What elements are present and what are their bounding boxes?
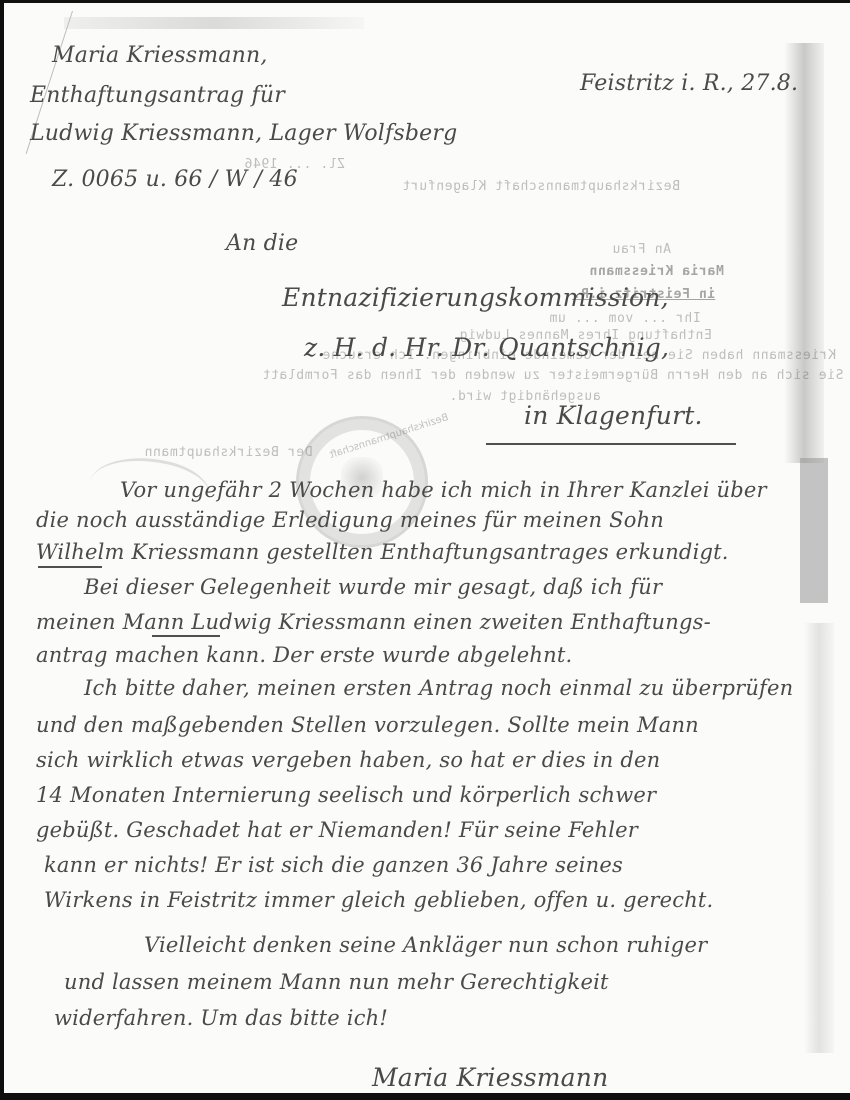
typed-sender: Bezirkshauptmannschaft Klagenfurt [402,179,680,194]
underline-wilhelm [38,566,102,568]
body-line: Wilhelm Kriessmann gestellten Enthaftung… [36,540,729,564]
body-line: 14 Monaten Internierung seelisch und kör… [36,783,656,807]
typed-body-line: Sie sich an den Herrn Bürgermeister zu w… [262,368,843,383]
typed-body-line: Ihr ... vom ... um [549,311,701,326]
body-line: und den maßgebenden Stellen vorzulegen. … [36,713,699,737]
body-line: Vor ungefähr 2 Wochen habe ich mich in I… [120,478,767,502]
place-date: Feistritz i. R., 27.8. [580,71,798,96]
typed-recipient-name: Maria Kriessmann [589,264,724,279]
sender-name: Maria Kriessmann, [52,43,268,68]
body-line: meinen Mann Ludwig Kriessmann einen zwei… [36,610,711,634]
body-line: antrag machen kann. Der erste wurde abge… [36,643,572,667]
subject-line: Enthaftungsantrag für [30,83,285,108]
body-line: Wirkens in Feistritz immer gleich geblie… [44,888,713,912]
stamp-text: Bezirkshauptmannschaft [328,412,450,461]
typed-closing: Der Bezirkshauptmann [144,445,313,460]
body-line: Ich bitte daher, meinen ersten Antrag no… [84,676,793,700]
body-line: sich wirklich etwas vergeben haben, so h… [36,748,660,772]
body-line: die noch ausständige Erledigung meines f… [36,508,664,532]
signature: Maria Kriessmann [372,1063,608,1092]
fold-shadow-lower [804,623,834,1053]
body-line: und lassen meinem Mann nun mehr Gerechti… [64,970,609,994]
addressee-city: in Klagenfurt. [524,401,703,430]
paper-sheet: Bezirkshauptmannschaft Klagenfurt Zl. ..… [4,3,850,1093]
tape-strip [800,458,828,603]
salutation: An die [226,231,298,256]
typed-recipient-label: An Frau [612,242,671,257]
underline-ludwig [152,635,220,637]
addressee-commission: Entnazifizierungskommission, [282,283,669,312]
reference-number: Z. 0065 u. 66 / W / 46 [52,167,298,192]
body-line: Bei dieser Gelegenheit wurde mir gesagt,… [84,575,662,599]
subject-person: Ludwig Kriessmann, Lager Wolfsberg [30,121,457,146]
body-line: gebüßt. Geschadet hat er Niemanden! Für … [36,818,638,842]
addressee-person: z. H. d. Hr. Dr. Quantschnig, [304,333,669,362]
body-line: kann er nichts! Er ist sich die ganzen 3… [44,853,623,877]
scanner-bed-edge-bottom [0,1093,850,1100]
body-line: Vielleicht denken seine Ankläger nun sch… [144,933,707,957]
scan-smudge [64,17,364,29]
fold-shadow [784,43,824,463]
scanned-document: Bezirkshauptmannschaft Klagenfurt Zl. ..… [0,0,850,1100]
city-underline [486,443,736,445]
body-line: widerfahren. Um das bitte ich! [54,1006,388,1030]
